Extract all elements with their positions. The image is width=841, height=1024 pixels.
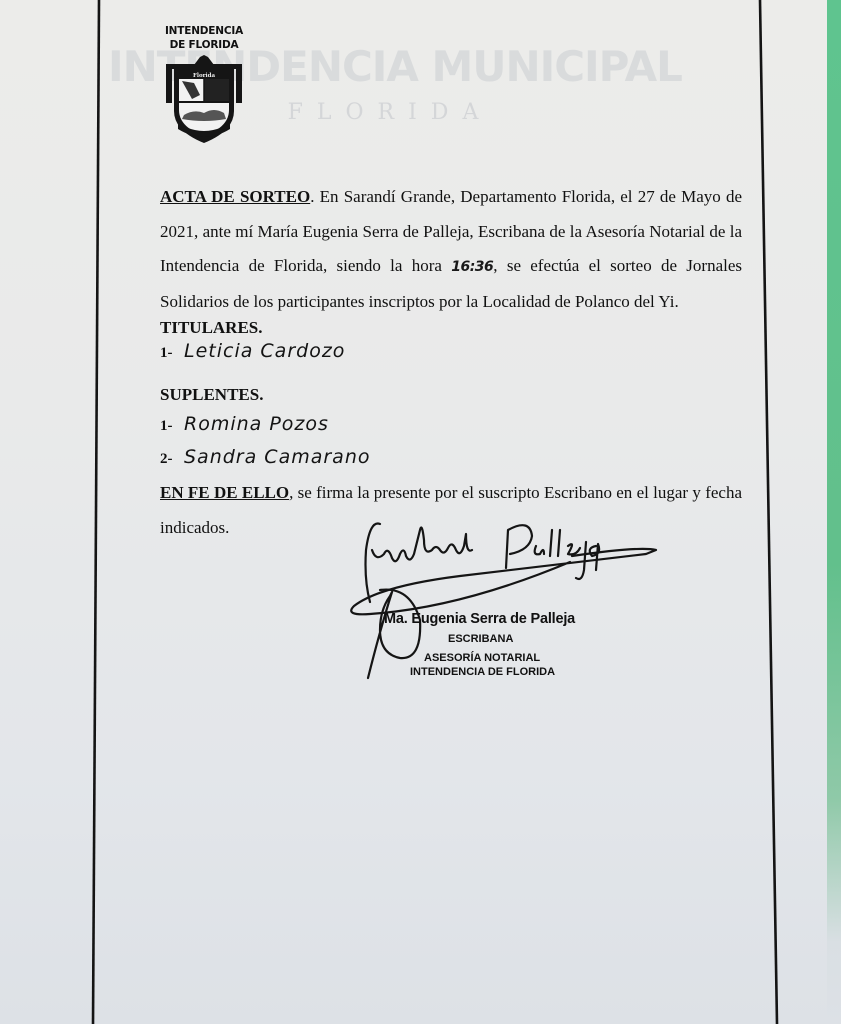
coat-of-arms-icon: Florida: [164, 55, 244, 143]
entry-number: 1-: [160, 345, 184, 362]
stamp-title: ESCRIBANA: [448, 633, 513, 645]
entry-number: 2-: [160, 451, 184, 468]
titular-entry: 1- Leticia Cardozo: [160, 340, 345, 362]
signature-block: Ma. Eugenia Serra de Palleja ESCRIBANA A…: [340, 510, 670, 690]
handwritten-name: Sandra Camarano: [184, 446, 370, 468]
org-name-line1: INTENDENCIA: [158, 24, 250, 38]
handwritten-name: Romina Pozos: [184, 413, 329, 435]
handwritten-name: Leticia Cardozo: [184, 340, 345, 362]
entry-number: 1-: [160, 418, 184, 435]
org-name-line2: DE FLORIDA: [158, 38, 250, 52]
suplentes-heading: SUPLENTES.: [160, 385, 263, 405]
suplente-entry: 1- Romina Pozos: [160, 413, 329, 435]
svg-text:Florida: Florida: [193, 73, 215, 79]
titulares-heading: TITULARES.: [160, 318, 263, 338]
stamp-department: ASESORÍA NOTARIAL: [424, 652, 540, 664]
act-paragraph: ACTA DE SORTEO. En Sarandí Grande, Depar…: [160, 180, 742, 319]
act-title: ACTA DE SORTEO: [160, 187, 310, 206]
green-background-strip: [827, 0, 841, 1024]
closing-lead: EN FE DE ELLO: [160, 483, 289, 502]
suplente-entry: 2- Sandra Camarano: [160, 446, 370, 468]
stamp-notary-name: Ma. Eugenia Serra de Palleja: [384, 611, 575, 627]
handwritten-time: 16:36: [451, 259, 493, 275]
stamp-institution: INTENDENCIA DE FLORIDA: [410, 666, 555, 678]
letterhead-logo: INTENDENCIA DE FLORIDA Florida: [158, 24, 250, 143]
